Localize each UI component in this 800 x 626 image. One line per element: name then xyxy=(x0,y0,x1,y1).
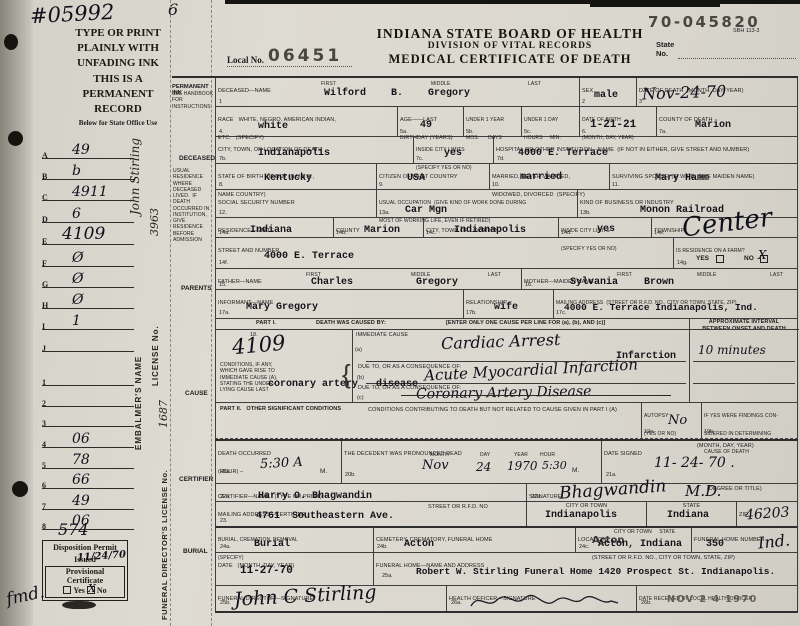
death-certificate-scan: #05992 6 TYPE OR PRINT PLAINLY WITH UNFA… xyxy=(0,0,800,626)
death-hour-handwritten: 5:30 A xyxy=(260,455,303,472)
funeral-director-license-label: FUNERAL DIRECTOR'S LICENSE No. xyxy=(160,434,169,620)
provisional-line2: Certificate xyxy=(46,576,124,585)
office-line-E: E4109 xyxy=(42,233,134,245)
office-line-I: I1 xyxy=(42,318,134,330)
row-birth-citizen-marital: STATE OF BIRTH (IF NOT IN U.S.A., NAME C… xyxy=(215,164,798,190)
field-disposition-location: LOCATION CITY OR TOWN STATE 24c. Acton A… xyxy=(575,527,691,552)
death-hour-m: M. xyxy=(320,468,327,475)
office-line-B: Bb xyxy=(42,168,134,180)
cause-divider-left xyxy=(352,330,353,403)
hole-punch xyxy=(4,34,18,50)
cause-c-stroke xyxy=(401,395,671,396)
cause-of-death-block: PART I. DEATH WAS CAUSED BY: [ENTER ONLY… xyxy=(215,319,798,403)
field-inside-city-limits-death: INSIDE CITY LIMITS (SPECIFY YES OR NO) 7… xyxy=(413,137,493,163)
field-residence-on-farm: IS RESIDENCE ON A FARM? 14g. YES NO X xyxy=(673,238,799,268)
certifier-degree-handwritten: M.D. xyxy=(685,482,721,500)
interval-divider xyxy=(689,319,690,403)
row-parents: FATHER—NAME FIRST MIDDLE LAST 15. Charle… xyxy=(215,269,798,290)
usual-residence-note: USUAL RESIDENCE WHERE DECEASED LIVED. IF… xyxy=(173,168,215,243)
field-funeral-home-number: FUNERAL HOME NUMBER 350 Ind. xyxy=(691,527,799,552)
interval-a-rule xyxy=(693,361,795,362)
field-residence-county: COUNTY 14b. Marion xyxy=(333,218,423,237)
case-number-handwritten: #05992 xyxy=(29,0,115,28)
cause-section-label: CAUSE xyxy=(185,390,208,397)
interval-b-rule xyxy=(693,383,795,384)
field-certifier-name: CERTIFIER—NAME (TYPE OR PRINT) 22a. Harr… xyxy=(216,484,526,501)
permanent-record-stamp: TYPE OR PRINT PLAINLY WITH UNFADING INK … xyxy=(52,26,184,117)
row-signatures: FUNERAL DIRECTOR—SIGNATURE 25b. John C S… xyxy=(215,586,798,611)
field-hospital: HOSPITAL OR OTHER INSTITUTION—NAME (IF N… xyxy=(493,137,799,163)
row-deceased-name: DECEASED—NAME FIRST MIDDLE LAST 1 Wilfor… xyxy=(215,78,798,107)
field-date-of-birth: DATE OF BIRTH (MONTH, DAY, YEAR) 6. 1-21… xyxy=(579,107,656,136)
yes-checkbox xyxy=(63,586,71,594)
office-total-handwritten: 574 xyxy=(58,520,89,539)
cause-of-death-grid: PART I. DEATH WAS CAUSED BY: [ENTER ONLY… xyxy=(216,319,799,402)
field-disposition-type: BURIAL, CREMATION, REMOVAL (SPECIFY) 24a… xyxy=(216,527,373,552)
field-date-signed: DATE SIGNED (MONTH, DAY, YEAR) 21a. 11- … xyxy=(601,441,799,483)
hole-punch xyxy=(8,131,23,146)
field-city-of-death: CITY, TOWN, OR LOCATION OF DEATH 7b. Ind… xyxy=(216,137,413,163)
farm-no-label: NO xyxy=(744,255,754,262)
field-surviving-spouse: SURVIVING SPOUSE (IF WIFE, GIVE MAIDEN N… xyxy=(609,164,799,189)
certifier-section-label: CERTIFIER xyxy=(179,476,213,483)
field-social-security: SOCIAL SECURITY NUMBER 12. xyxy=(216,190,376,217)
row-street-farm: STREET AND NUMBER 14f. 4000 E. Terrace I… xyxy=(215,238,798,269)
field-funeral-director-signature: FUNERAL DIRECTOR—SIGNATURE 25b. John C S… xyxy=(216,586,446,611)
local-no-label: Local No. xyxy=(227,55,264,65)
field-father-name: FATHER—NAME FIRST MIDDLE LAST 15. Charle… xyxy=(216,269,521,289)
office-line-7: 749 xyxy=(42,498,134,510)
office-line-C: C4911 xyxy=(42,189,134,201)
date-received-stamp: NOV 2 4 1970 xyxy=(667,594,758,605)
no-label: No xyxy=(97,586,107,595)
row-certifier-address: MAILING ADDRESS—CERTIFIER STREET OR R.F.… xyxy=(215,502,798,527)
pronounced-year-handwritten: 1970 xyxy=(507,459,538,473)
farm-yes-label: YES xyxy=(696,255,709,262)
scan-edge-bar xyxy=(590,0,720,7)
certificate-title: MEDICAL CERTIFICATE OF DEATH xyxy=(330,52,690,67)
field-certifier-state: STATE Indiana xyxy=(646,502,736,526)
office-line-A: A49 xyxy=(42,147,134,159)
farm-yes-checkbox xyxy=(716,255,724,263)
field-marital-status: MARRIED, NEVER MARRIED, WIDOWED, DIVORCE… xyxy=(489,164,609,189)
cause-code-handwritten: 4109 xyxy=(231,331,286,360)
small-stamp-mark xyxy=(62,601,96,609)
zip-handwritten: 46203 xyxy=(744,504,790,523)
funeral-director-license-number-handwritten: 1687 xyxy=(157,380,170,428)
field-citizen-of: CITIZEN OF WHAT COUNTRY 9. USA xyxy=(376,164,489,189)
part1-header-rule xyxy=(216,329,799,330)
parents-section-label: PARENTS xyxy=(181,285,212,292)
embalmer-license-number-handwritten: 3963 xyxy=(148,186,161,236)
torn-paper-edge xyxy=(0,0,33,626)
provisional-line1: Provisional xyxy=(46,567,124,576)
field-other-significant-conditions: PART II. OTHER SIGNIFICANT CONDITIONS CO… xyxy=(216,403,641,438)
perforation-line xyxy=(170,0,171,626)
disposition-date-handwritten: 11/24/70 xyxy=(77,549,127,564)
field-informant-name: INFORMANT—NAME 17a. Mary Gregory xyxy=(216,290,463,318)
field-certifier-address: MAILING ADDRESS—CERTIFIER STREET OR R.F.… xyxy=(216,502,526,526)
field-mother-name: MOTHER—MAIDEN NAME FIRST MIDDLE LAST 16.… xyxy=(521,269,799,289)
embalmer-name-label: EMBALMER'S NAME xyxy=(134,250,143,450)
row-residence: RESIDENCE—STATE 14a. Indiana COUNTY 14b.… xyxy=(215,218,798,238)
field-county-of-death: COUNTY OF DEATH 7a. Marion xyxy=(656,107,799,136)
local-no-rule xyxy=(227,66,352,67)
disposition-permit-stamp: Disposition Permit Issued 11/24/70 Provi… xyxy=(42,540,128,601)
field-race: RACE WHITE, NEGRO, AMERICAN INDIAN, ETC.… xyxy=(216,107,397,136)
cause-b-handwritten: Acute Myocardial Infarction xyxy=(424,355,639,384)
field-certifier-city: CITY OR TOWN Indianapolis xyxy=(526,502,646,526)
field-relationship: RELATIONSHIP 17b. wife xyxy=(463,290,553,318)
office-line-H: HØ xyxy=(42,297,134,309)
embalmer-name-handwritten: John Stirling xyxy=(128,90,142,215)
field-age: AGE——LAST BIRTHDAY (YEARS) 5a. 49 xyxy=(397,107,463,136)
state-no-rule xyxy=(678,58,796,59)
yes-label: Yes xyxy=(73,586,85,595)
funeral-home-state-handwritten: Ind. xyxy=(757,530,791,552)
field-residence-state: RESIDENCE—STATE 14a. Indiana xyxy=(216,218,333,237)
row-disposition: BURIAL, CREMATION, REMOVAL (SPECIFY) 24a… xyxy=(215,527,798,553)
row-race-age: RACE WHITE, NEGRO, AMERICAN INDIAN, ETC.… xyxy=(215,107,798,137)
field-sex: SEX 2 male xyxy=(579,78,636,106)
cause-c-handwritten: Coronary Artery Disease xyxy=(416,383,592,402)
field-autopsy: AUTOPSY (YES OR NO) 19a. No xyxy=(641,403,701,438)
field-residence-city: CITY, TOWN OR LOCATION 14c. Indianapolis xyxy=(423,218,558,237)
provisional-certificate-box: Provisional Certificate Yes No X xyxy=(45,566,125,598)
funeral-director-signature-handwritten: John C Stirling xyxy=(234,581,377,610)
board-of-health-title: INDIANA STATE BOARD OF HEALTH xyxy=(330,26,690,42)
field-funeral-home-name: FUNERAL HOME—NAME AND ADDRESS (STREET OR… xyxy=(373,553,799,585)
field-street-number: STREET AND NUMBER 14f. 4000 E. Terrace xyxy=(216,238,673,268)
row-pronounced-dead: DEATH OCCURRED (HOUR) – 20a. 5:30 A M. T… xyxy=(215,441,798,484)
row-certifier: CERTIFIER—NAME (TYPE OR PRINT) 22a. Harr… xyxy=(215,484,798,502)
field-date-of-death: DATE OF DEATH (MONTH, DAY, YEAR) 3 Nov-2… xyxy=(636,78,799,106)
health-officer-signature-scribble xyxy=(467,592,622,610)
pronounced-hour-handwritten: 5:30 xyxy=(542,459,567,472)
office-line-F: FØ xyxy=(42,255,134,267)
office-line-6: 666 xyxy=(42,477,134,489)
row-informant: INFORMANT—NAME 17a. Mary Gregory RELATIO… xyxy=(215,290,798,319)
office-line-1: 1 xyxy=(42,374,134,386)
division-subtitle: DIVISION OF VITAL RECORDS xyxy=(330,41,690,51)
state-office-use-label: Below for State Office Use xyxy=(48,119,188,127)
burial-section-label: BURIAL xyxy=(183,548,208,555)
office-line-J: J xyxy=(42,340,134,352)
field-under-1-day: UNDER 1 DAY HOURS MIN. 5c. xyxy=(521,107,579,136)
field-informant-address: MAILING ADDRESS (STREET OR R.F.D. NO., C… xyxy=(553,290,799,318)
office-line-5: 578 xyxy=(42,457,134,469)
field-certifier-zip: ZIP 46203 xyxy=(736,502,799,526)
pronounced-m: M. xyxy=(572,467,579,474)
pronounced-month-handwritten: Nov xyxy=(422,458,449,473)
farm-no-mark: X xyxy=(758,248,767,262)
field-usual-occupation: USUAL OCCUPATION (GIVE KIND OF WORK DONE… xyxy=(376,190,577,217)
form-code: SBH 113-3 xyxy=(733,28,760,34)
field-certifier-signature: SIGNATURE (DEGREE OR TITLE) 22b. Bhagwan… xyxy=(526,484,799,501)
deceased-section-label: DECEASED xyxy=(179,155,215,162)
no-check-mark: X xyxy=(88,582,96,595)
row-place-of-death: CITY, TOWN, OR LOCATION OF DEATH 7b. Ind… xyxy=(215,137,798,164)
immediate-cause-handwritten: Cardiac Arrest xyxy=(441,330,561,353)
field-cemetery: CEMETERY, CREMATORY, FUNERAL HOME 24b. A… xyxy=(373,527,575,552)
field-state-of-birth: STATE OF BIRTH (IF NOT IN U.S.A., NAME C… xyxy=(216,164,376,189)
field-township: TOWNSHIP 14e. Center xyxy=(651,218,799,237)
office-line-2: 2 xyxy=(42,395,134,407)
field-residence-inside-limits: INSIDE CITY LIMITS (SPECIFY YES OR NO) 1… xyxy=(558,218,651,237)
state-no-label: State No. xyxy=(656,40,674,58)
row-funeral-home: DATE (MONTH, DAY, YEAR) 11-27-70 FUNERAL… xyxy=(215,553,798,586)
field-autopsy-findings: IF YES WERE FINDINGS CON- SIDERED IN DET… xyxy=(701,403,799,438)
cause-c-typed: coronary artery disease xyxy=(268,379,418,390)
field-date-received: DATE RECEIVED BY LOCAL HEALTH OFFICER 26… xyxy=(636,586,799,611)
field-death-hour: DEATH OCCURRED (HOUR) – 20a. 5:30 A M. xyxy=(216,441,341,483)
field-burial-date: DATE (MONTH, DAY, YEAR) 11-27-70 xyxy=(216,553,373,585)
local-no-stamp: 06451 xyxy=(268,46,342,66)
field-under-1-year: UNDER 1 YEAR MOS. DAYS 5b. xyxy=(463,107,521,136)
office-line-G: GØ xyxy=(42,276,134,288)
embalmer-license-label: LICENSE No. xyxy=(151,246,160,386)
office-line-3: 3 xyxy=(42,415,134,427)
date-signed-handwritten: 11- 24- 70 . xyxy=(654,455,735,471)
office-line-D: D6 xyxy=(42,211,134,223)
pronounced-day-handwritten: 24 xyxy=(476,460,491,474)
field-pronounced-dead: THE DECEDENT WAS PRONOUNCED DEAD MONTH D… xyxy=(341,441,601,483)
autopsy-answer-handwritten: No xyxy=(668,413,687,428)
handbook-label: SEE HANDBOOK FOR INSTRUCTIONS xyxy=(172,91,216,110)
office-line-4: 406 xyxy=(42,436,134,448)
hole-punch xyxy=(12,481,28,497)
field-deceased-name: DECEASED—NAME FIRST MIDDLE LAST 1 Wilfor… xyxy=(216,78,579,106)
row-part2: PART II. OTHER SIGNIFICANT CONDITIONS CO… xyxy=(215,403,798,439)
disposition-line2: Issued 11/24/70 xyxy=(43,553,127,565)
field-health-officer-signature: HEALTH OFFICER—SIGNATURE 26a. xyxy=(446,586,636,611)
interval-a-handwritten: 10 minutes xyxy=(698,343,766,357)
form-bottom-rule xyxy=(215,611,798,613)
